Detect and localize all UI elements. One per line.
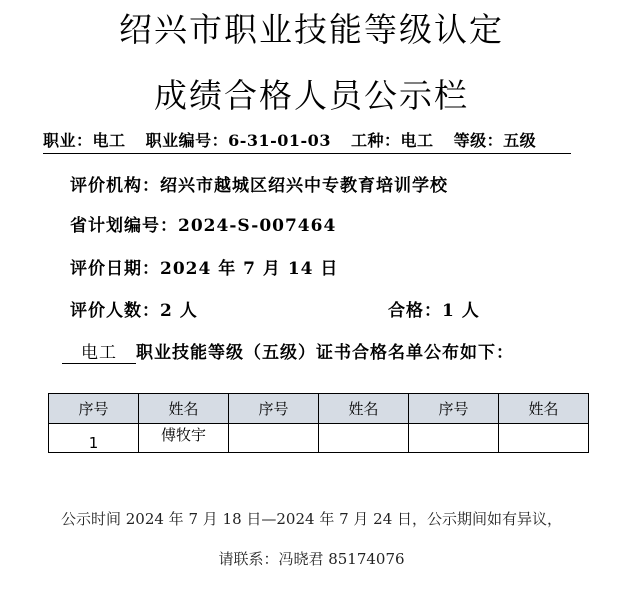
work-type: 工种：电工 [351, 131, 434, 150]
occupation: 职业：电工 [43, 131, 126, 150]
cell-index [229, 424, 319, 453]
occupation-code: 职业编号：6-31-01-03 [146, 131, 331, 150]
cell-index [409, 424, 499, 453]
contact-info: 请联系：冯晓君 85174076 [0, 548, 623, 569]
page-title: 绍兴市职业技能等级认定 [0, 4, 623, 51]
header-index: 序号 [49, 394, 139, 424]
table-header-row: 序号 姓名 序号 姓名 序号 姓名 [49, 394, 589, 424]
header-index: 序号 [409, 394, 499, 424]
header-name: 姓名 [499, 394, 589, 424]
passed-count: 合格：1 人 [388, 296, 480, 321]
cell-index: 1 [49, 424, 139, 453]
cell-name [319, 424, 409, 453]
table-row: 1 傅牧宇 [49, 424, 589, 453]
evaluation-date: 评价日期：2024 年 7 月 14 日 [70, 254, 338, 279]
announcement-occupation: 电工 [62, 338, 136, 364]
cell-name: 傅牧宇 [139, 424, 229, 453]
page-subtitle: 成绩合格人员公示栏 [0, 70, 623, 117]
passed-list-table: 序号 姓名 序号 姓名 序号 姓名 1 傅牧宇 [48, 393, 589, 453]
cell-name [499, 424, 589, 453]
evaluated-count: 评价人数：2 人 [70, 296, 198, 321]
job-info-line: 职业：电工 职业编号：6-31-01-03 工种：电工 等级：五级 [43, 128, 571, 154]
evaluation-org: 评价机构：绍兴市越城区绍兴中专教育培训学校 [70, 171, 448, 196]
header-name: 姓名 [319, 394, 409, 424]
notice-period: 公示时间 2024 年 7 月 18 日—2024 年 7 月 24 日，公示期… [0, 508, 623, 529]
announcement-text: 职业技能等级（五级）证书合格名单公布如下： [136, 343, 514, 363]
header-index: 序号 [229, 394, 319, 424]
plan-number: 省计划编号：2024-S-007464 [70, 211, 336, 236]
announcement: 电工职业技能等级（五级）证书合格名单公布如下： [62, 338, 514, 364]
header-name: 姓名 [139, 394, 229, 424]
level: 等级：五级 [454, 131, 537, 150]
